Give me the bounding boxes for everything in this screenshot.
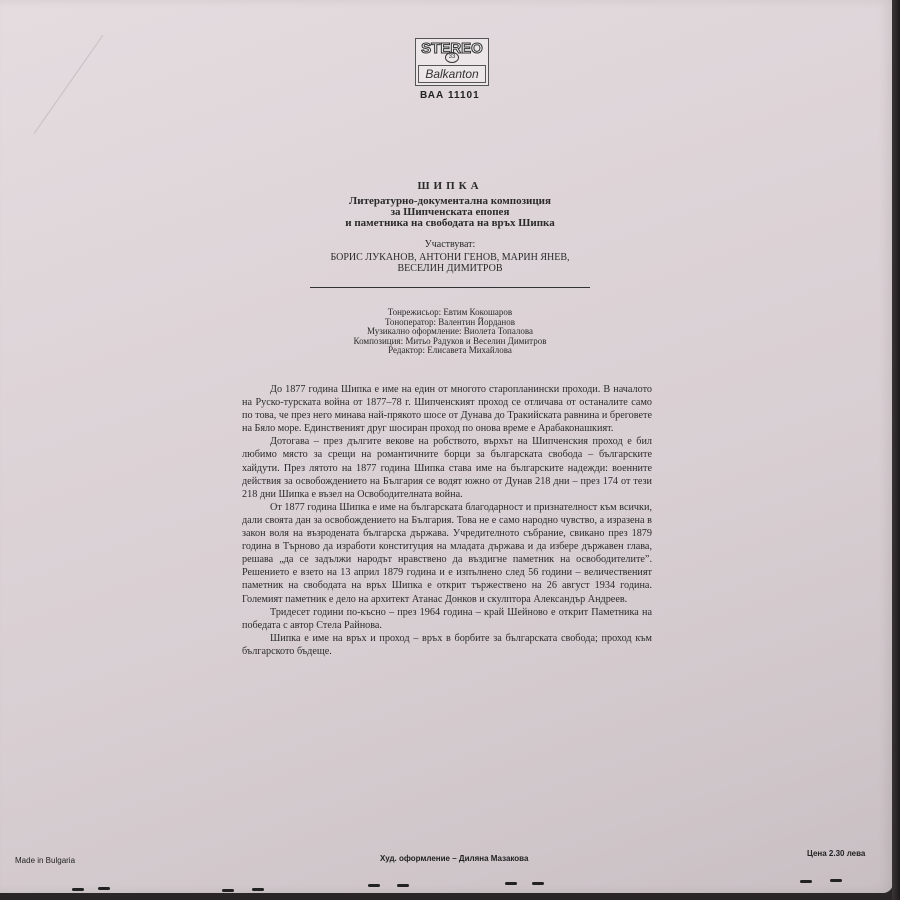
- participants-label: Участвуват:: [300, 239, 600, 250]
- liner-paragraph: От 1877 година Шипка е име на българскат…: [242, 501, 652, 606]
- tape-mark: [222, 889, 234, 892]
- price-label: Цена 2.30 лева: [807, 849, 865, 858]
- participants-line: ВЕСЕЛИН ДИМИТРОВ: [300, 263, 600, 274]
- sleeve-edge: [892, 0, 900, 900]
- liner-paragraph: До 1877 година Шипка е име на един от мн…: [242, 383, 652, 435]
- catalog-number: ВАА 11101: [420, 90, 480, 101]
- credit-line: Редактор: Елисавета Михайлова: [320, 346, 580, 356]
- tape-mark: [505, 882, 517, 885]
- participants-list: БОРИС ЛУКАНОВ, АНТОНИ ГЕНОВ, МАРИН ЯНЕВ,…: [300, 252, 600, 274]
- speed-badge: 33: [445, 52, 459, 63]
- tape-mark: [532, 882, 544, 885]
- stereo-balkanton-logo: STEREO 33 Balkanton: [415, 38, 489, 86]
- participants-line: БОРИС ЛУКАНОВ, АНТОНИ ГЕНОВ, МАРИН ЯНЕВ,: [300, 252, 600, 263]
- tape-mark: [830, 879, 842, 882]
- album-subtitle: Литературно-документална композиция за Ш…: [300, 196, 600, 229]
- subtitle-line: и паметника на свободата на връх Шипка: [300, 218, 600, 229]
- liner-notes: До 1877 година Шипка е име на един от мн…: [242, 383, 652, 658]
- credits-block: Тонрежисьор: Евтим Кокошаров Тоноператор…: [320, 308, 580, 356]
- tape-mark: [252, 888, 264, 891]
- brand-label: Balkanton: [418, 65, 486, 83]
- liner-paragraph: Дотогава – през дългите векове на робств…: [242, 435, 652, 500]
- tape-mark: [800, 880, 812, 883]
- liner-paragraph: Шипка е име на връх и проход – връх в бо…: [242, 632, 652, 658]
- tape-mark: [72, 888, 84, 891]
- tape-mark: [397, 884, 409, 887]
- crease-mark: [34, 35, 177, 185]
- made-in-label: Made in Bulgaria: [15, 856, 75, 865]
- record-sleeve-back: STEREO 33 Balkanton ВАА 11101 ШИПКА Лите…: [0, 0, 893, 893]
- liner-paragraph: Тридесет години по-късно – през 1964 год…: [242, 606, 652, 632]
- divider-line: [310, 287, 590, 288]
- album-title: ШИПКА: [300, 180, 600, 192]
- tape-mark: [98, 887, 110, 890]
- tape-mark: [368, 884, 380, 887]
- designer-credit: Худ. оформление – Диляна Мазакова: [380, 854, 528, 863]
